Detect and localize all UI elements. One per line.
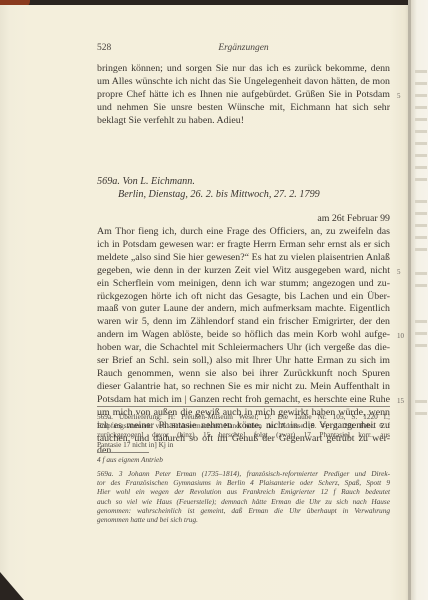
letter-sender: Von L. Eichmann. (122, 176, 194, 187)
text-line: andern im Wagen ablöste, beide so höflic… (97, 329, 390, 342)
running-title: Ergänzungen (97, 43, 390, 53)
text-line: und nehmen Sie unsre besten Wünsche mit,… (97, 102, 390, 115)
text-line: meldete „also sind Sie hier gewesen?“ Es… (97, 252, 390, 265)
apparatus-line: Empfangsvermerk von Schleiermachers Hand… (97, 421, 390, 430)
apparatus-rule (97, 406, 390, 407)
text-line: Rauch genommen, wenn sie also bei ihrer … (97, 368, 390, 381)
text-line: beklagt Sie verfehlt zu haben. Adieu! (97, 115, 390, 128)
commentary: 569a. 3 Johann Peter Erman (1735–1814), … (97, 469, 390, 524)
variant-note: 4 f aus eignem Antrieb (97, 455, 390, 464)
text-line: hoben war, die Schachtel mit Schleiermac… (97, 342, 390, 355)
text-line: ein Scherflein vom meinigen, denn ich wa… (97, 278, 390, 291)
previous-letter-ending: bringen können; und sorgen Sie nur das i… (97, 63, 390, 128)
facing-page-edge (411, 0, 428, 600)
commentary-line: genommen: wahrscheinlich ist gemeint, da… (97, 506, 390, 515)
text-line: Potsdam hat mich im | Ganzen recht froh … (97, 394, 390, 407)
text-line: bringen können; und sorgen Sie nur das i… (97, 63, 390, 76)
apparatus-line: Pantasie 17 nicht in] Kj in (97, 440, 390, 449)
commentary-line: auch so viel wie Haus (Feuerstelle); dem… (97, 497, 390, 506)
commentary-line: 569a. 3 Johann Peter Erman (1735–1814), … (97, 469, 390, 478)
line-number: 15 (397, 395, 404, 408)
text-line: um Alles wünschte ich nicht das Sie Unge… (97, 76, 390, 89)
letter-heading: 569a. Von L. Eichmann. Berlin, Dienstag,… (97, 175, 320, 201)
text-line-content: propre Chef hätte ich es Ihnen nie aufge… (97, 89, 390, 100)
commentary-line: genommen hatte und bei sich trug. (97, 515, 390, 524)
text-line: maaß von guter Laune der andern, mich au… (97, 303, 390, 316)
text-line: gegeben, wie denn in der kurzen Zeit vie… (97, 265, 390, 278)
text-line: ser Brief an Schl. sein soll,) also mit … (97, 355, 390, 368)
text-line-content: Potsdam hat mich im | Ganzen recht froh … (97, 394, 390, 405)
letter-number: 569a. (97, 176, 120, 187)
letter-number-sender: 569a. Von L. Eichmann. (97, 175, 320, 188)
letter-place-date: Berlin, Dienstag, 26. 2. bis Mittwoch, 2… (97, 188, 320, 201)
variant-rule (97, 452, 149, 453)
letter-dateline: am 26t Februar 99 (97, 213, 390, 224)
text-line: rückgezogen hörte ich oft nicht das Gesa… (97, 291, 390, 304)
text-line-content: andern im Wagen ablöste, beide so höflic… (97, 329, 390, 340)
line-number: 5 (397, 90, 401, 103)
line-number: 5 (397, 266, 401, 279)
commentary-line: tor des Französischen Gymnasiums in Berl… (97, 478, 390, 487)
apparatus-line: 569a. Überlieferung: H: Preußen-Museum W… (97, 412, 390, 421)
variant-line: 4 f aus eignem Antrieb (97, 455, 390, 464)
commentary-line: Hier wohl ein wegen der Revolution aus F… (97, 487, 390, 496)
text-line: ich in Potsdam gewesen war: er fragte He… (97, 239, 390, 252)
textual-apparatus: 569a. Überlieferung: H: Preußen-Museum W… (97, 412, 390, 449)
text-line: waren wir 5, denn im Zählendorf stand ei… (97, 316, 390, 329)
text-line: dieser Galantrie hat, so rechnen Sie es … (97, 381, 390, 394)
text-line: propre Chef hätte ich es Ihnen nie aufge… (97, 89, 390, 102)
text-line: Am Thor fieng ich, durch eine Frage des … (97, 226, 390, 239)
page-header: 528 Ergänzungen (97, 43, 390, 55)
apparatus-line: zurückgezogen] davor (hinz) 15 herschte]… (97, 430, 390, 439)
text-line-content: gegeben, wie denn in der kurzen Zeit vie… (97, 265, 390, 276)
line-number: 10 (397, 330, 404, 343)
